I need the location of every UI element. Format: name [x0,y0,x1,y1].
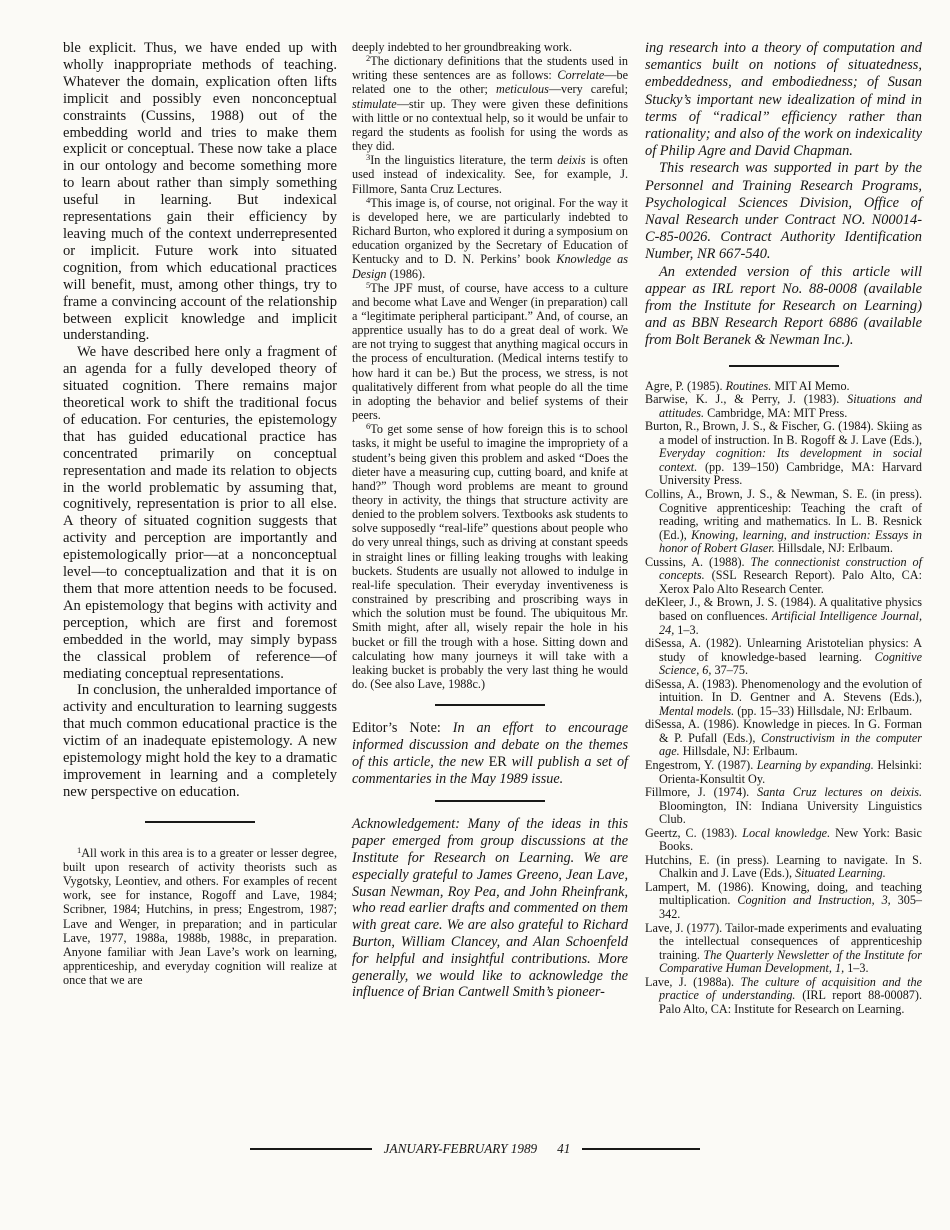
text-run: (pp. 139–150) Cambridge, MA: Harvard Uni… [659,460,922,488]
text-run: deeply indebted to her groundbreaking wo… [352,40,572,54]
editors-note-divider-bottom [435,800,545,802]
body-paragraph: We have described here only a fragment o… [63,344,337,682]
text-run: —very careful; [549,82,628,96]
footnote-divider [145,821,255,823]
footnote-6: 6To get some sense of how foreign this i… [352,422,628,691]
reference-item: Lave, J. (1988a). The culture of acquisi… [645,976,922,1017]
text-run: Barwise, K. J., & Perry, J. (1983). [645,392,847,406]
reference-item: diSessa, A. (1983). Phenomenology and th… [645,678,922,719]
reference-item: deKleer, J., & Brown, J. S. (1984). A qu… [645,596,922,637]
right-column: ing research into a theory of computatio… [645,40,922,1016]
text-run: Mental models. [659,704,734,718]
acknowledgement-continued: ing research into a theory of computatio… [645,40,922,160]
reference-item: Lave, J. (1977). Tailor-made experiments… [645,922,922,976]
text-run: Engestrom, Y. (1987). [645,758,757,772]
reference-item: diSessa, A. (1986). Knowledge in pieces.… [645,718,922,759]
text-run: The JPF must, of course, have access to … [352,281,628,422]
body-paragraph: In conclusion, the unheralded importance… [63,682,337,800]
text-run: (1986). [387,267,426,281]
text-run: We have described here only a fragment o… [63,344,337,681]
text-run: Santa Cruz lectures on deixis. [757,785,922,799]
text-run: Routines. [726,379,772,393]
text-run: (pp. 15–33) Hillsdale, NJ: Erlbaum. [734,704,912,718]
text-run: An extended version of this article will… [645,264,922,349]
text-run: To get some sense of how foreign this is… [352,422,628,691]
footer-rule-left [250,1148,372,1150]
text-run: Acknowledgement: Many of the ideas in th… [352,816,628,1000]
text-run: meticulous [496,82,549,96]
text-run: 37–75. [711,663,748,677]
footnote-1: 1All work in this area is to a greater o… [63,846,337,988]
text-run: Bloomington, IN: Indiana University Ling… [659,799,922,827]
footnote-3: 3In the linguistics literature, the term… [352,153,628,195]
reference-item: Engestrom, Y. (1987). Learning by expand… [645,759,922,786]
text-run: 1–3. [674,623,698,637]
text-run: ER [489,754,512,770]
text-run: Correlate [557,68,604,82]
text-run: Local knowledge. [742,826,830,840]
reference-item: Cussins, A. (1988). The connectionist co… [645,556,922,597]
text-run: Hillsdale, NJ: Erlbaum. [775,541,893,555]
references-divider [729,365,839,367]
left-column: ble explicit. Thus, we have ended up wit… [63,40,337,987]
text-run: Lave, J. (1988a). [645,975,741,989]
text-run: ble explicit. Thus, we have ended up wit… [63,40,337,343]
text-run: Fillmore, J. (1974). [645,785,757,799]
text-run: MIT AI Memo. [771,379,849,393]
text-run: deixis [557,153,585,167]
acknowledgement: Acknowledgement: Many of the ideas in th… [352,816,628,1001]
text-run: Hillsdale, NJ: Erlbaum. [680,744,798,758]
reference-item: Hutchins, E. (in press). Learning to nav… [645,854,922,881]
footnote-5: 5The JPF must, of course, have access to… [352,281,628,423]
reference-item: Geertz, C. (1983). Local knowledge. New … [645,827,922,854]
middle-column: deeply indebted to her groundbreaking wo… [352,40,628,1001]
journal-page: ble explicit. Thus, we have ended up wit… [0,0,950,1230]
text-run: stimulate [352,97,397,111]
reference-item: Collins, A., Brown, J. S., & Newman, S. … [645,488,922,556]
reference-item: Burton, R., Brown, J. S., & Fischer, G. … [645,420,922,488]
text-run: ing research into a theory of computatio… [645,40,922,159]
footnote-2: 2The dictionary definitions that the stu… [352,54,628,153]
editors-note-divider-top [435,704,545,706]
editors-note: Editor’s Note: In an effort to encourage… [352,720,628,787]
text-run: Geertz, C. (1983). [645,826,742,840]
reference-item: diSessa, A. (1982). Unlearning Aristotel… [645,637,922,678]
text-run: In the linguistics literature, the term [370,153,557,167]
text-run: 1–3. [844,961,868,975]
text-run: diSessa, A. (1983). Phenomenology and th… [645,677,922,705]
text-run: All work in this area is to a greater or… [63,846,337,987]
text-run: Editor’s Note: [352,720,453,736]
footer-rule-right [582,1148,700,1150]
text-run: In conclusion, the unheralded importance… [63,682,337,799]
text-run: Agre, P. (1985). [645,379,726,393]
text-run: Situated Learning. [795,866,886,880]
text-run: Learning by expanding. [757,758,874,772]
reference-item: Lampert, M. (1986). Knowing, doing, and … [645,881,922,922]
footnote-1-continued: deeply indebted to her groundbreaking wo… [352,40,628,54]
reference-item: Agre, P. (1985). Routines. MIT AI Memo. [645,380,922,394]
journal-date: JANUARY-FEBRUARY 1989 [384,1141,537,1157]
page-footer: JANUARY-FEBRUARY 1989 41 [0,1141,950,1157]
reference-item: Barwise, K. J., & Perry, J. (1983). Situ… [645,393,922,420]
text-run: Burton, R., Brown, J. S., & Fischer, G. … [645,419,922,447]
body-paragraph: ble explicit. Thus, we have ended up wit… [63,40,337,344]
footnote-4: 4This image is, of course, not original.… [352,196,628,281]
funding-note: This research was supported in part by t… [645,160,922,263]
text-run: Cognition and Instruction, 3, [737,893,890,907]
reference-item: Fillmore, J. (1974). Santa Cruz lectures… [645,786,922,827]
extended-version-note: An extended version of this article will… [645,264,922,350]
text-run: Cambridge, MA: MIT Press. [704,406,847,420]
text-run: Cussins, A. (1988). [645,555,751,569]
page-number: 41 [557,1141,570,1157]
text-run: This research was supported in part by t… [645,160,922,262]
